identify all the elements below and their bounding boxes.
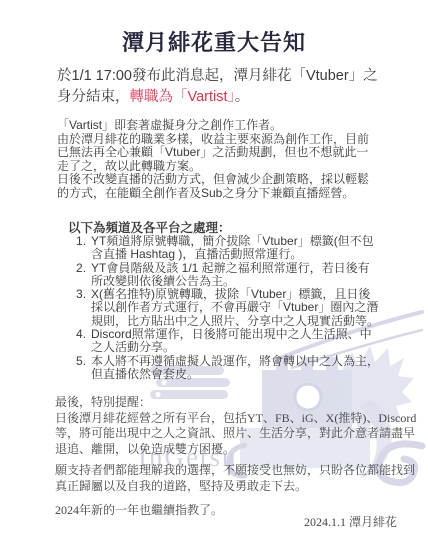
final-reminder-body: 日後潭月緋花經營之所有平台，包括YT、FB、iG、X(推特)、Discord等，… [55, 411, 423, 457]
platform-list: YT頻道將原號轉職，簡介拔除「Vtuber」標籤(但不包含直播 Hashtag … [76, 235, 379, 381]
list-item: Discord照常運作，日後將可能出現中之人生活照、中之人活動分享。 [76, 328, 379, 355]
list-item: 本人將不再遵循虛擬人設運作，將會轉以中之人為主，但直播依然會套皮。 [76, 355, 379, 382]
intro-text-after: 。 [235, 89, 250, 105]
list-item: YT會員階級及該 1/1 起辦之福利照常運行，若日後有所改變則依後續公告為主。 [76, 262, 379, 289]
list-item-text: YT會員階級及該 1/1 起辦之福利照常運行，若日後有所改變則依後續公告為主。 [91, 261, 370, 288]
new-year-greeting: 2024年新的一年也繼續指教了。 [55, 501, 223, 518]
list-item: YT頻道將原號轉職，簡介拔除「Vtuber」標籤(但不包含直播 Hashtag … [76, 235, 379, 262]
body-paragraph: 日後不改變直播的活動方式，但會減少企劃策略，採以輕鬆的方式，在能顧全創作者及Su… [57, 173, 379, 200]
body-paragraph: 由於潭月緋花的職業多樣，收益主要來源為創作工作，目前已無法再全心兼顧「Vtube… [57, 133, 379, 174]
red-highlight: 轉職為「Vartist」 [130, 89, 235, 105]
list-item-text: YT頻道將原號轉職，簡介拔除「Vtuber」標籤(但不包含直播 Hashtag … [91, 234, 374, 261]
list-item-text: 本人將不再遵循虛擬人設運作，將會轉以中之人為主，但直播依然會套皮。 [91, 354, 379, 381]
announcement-page: InGetsu 潭月緋花重大告知 於1/1 17:00發布此消息起，潭月緋花「V… [0, 0, 428, 560]
body-paragraphs: 「Vartist」即套著虛擬身分之創作工作者。 由於潭月緋花的職業多樣，收益主要… [57, 119, 379, 201]
final-reminder: 最後，特別提醒： 日後潭月緋花經營之所有平台，包括YT、FB、iG、X(推特)、… [55, 395, 423, 457]
announcement-title: 潭月緋花重大告知 [0, 26, 428, 57]
list-item-text: X(舊名推特)原號轉職，拔除「Vtuber」標籤，且日後採以創作者方式運行，不會… [91, 287, 379, 328]
list-item: X(舊名推特)原號轉職，拔除「Vtuber」標籤，且日後採以創作者方式運行，不會… [76, 288, 379, 328]
signature-date: 2024.1.1 潭月緋花 [304, 513, 397, 530]
list-item-text: Discord照常運作，日後將可能出現中之人生活照、中之人活動分享。 [91, 327, 372, 354]
closing-paragraph: 願支持者們都能理解我的選擇，不願接受也無妨，只盼各位都能找到真正歸屬以及自我的道… [55, 463, 423, 494]
body-paragraph: 「Vartist」即套著虛擬身分之創作工作者。 [57, 119, 379, 133]
intro-paragraph: 於1/1 17:00發布此消息起，潭月緋花「Vtuber」之身分結束，轉職為「V… [57, 66, 389, 108]
final-reminder-heading: 最後，特別提醒： [55, 395, 423, 410]
